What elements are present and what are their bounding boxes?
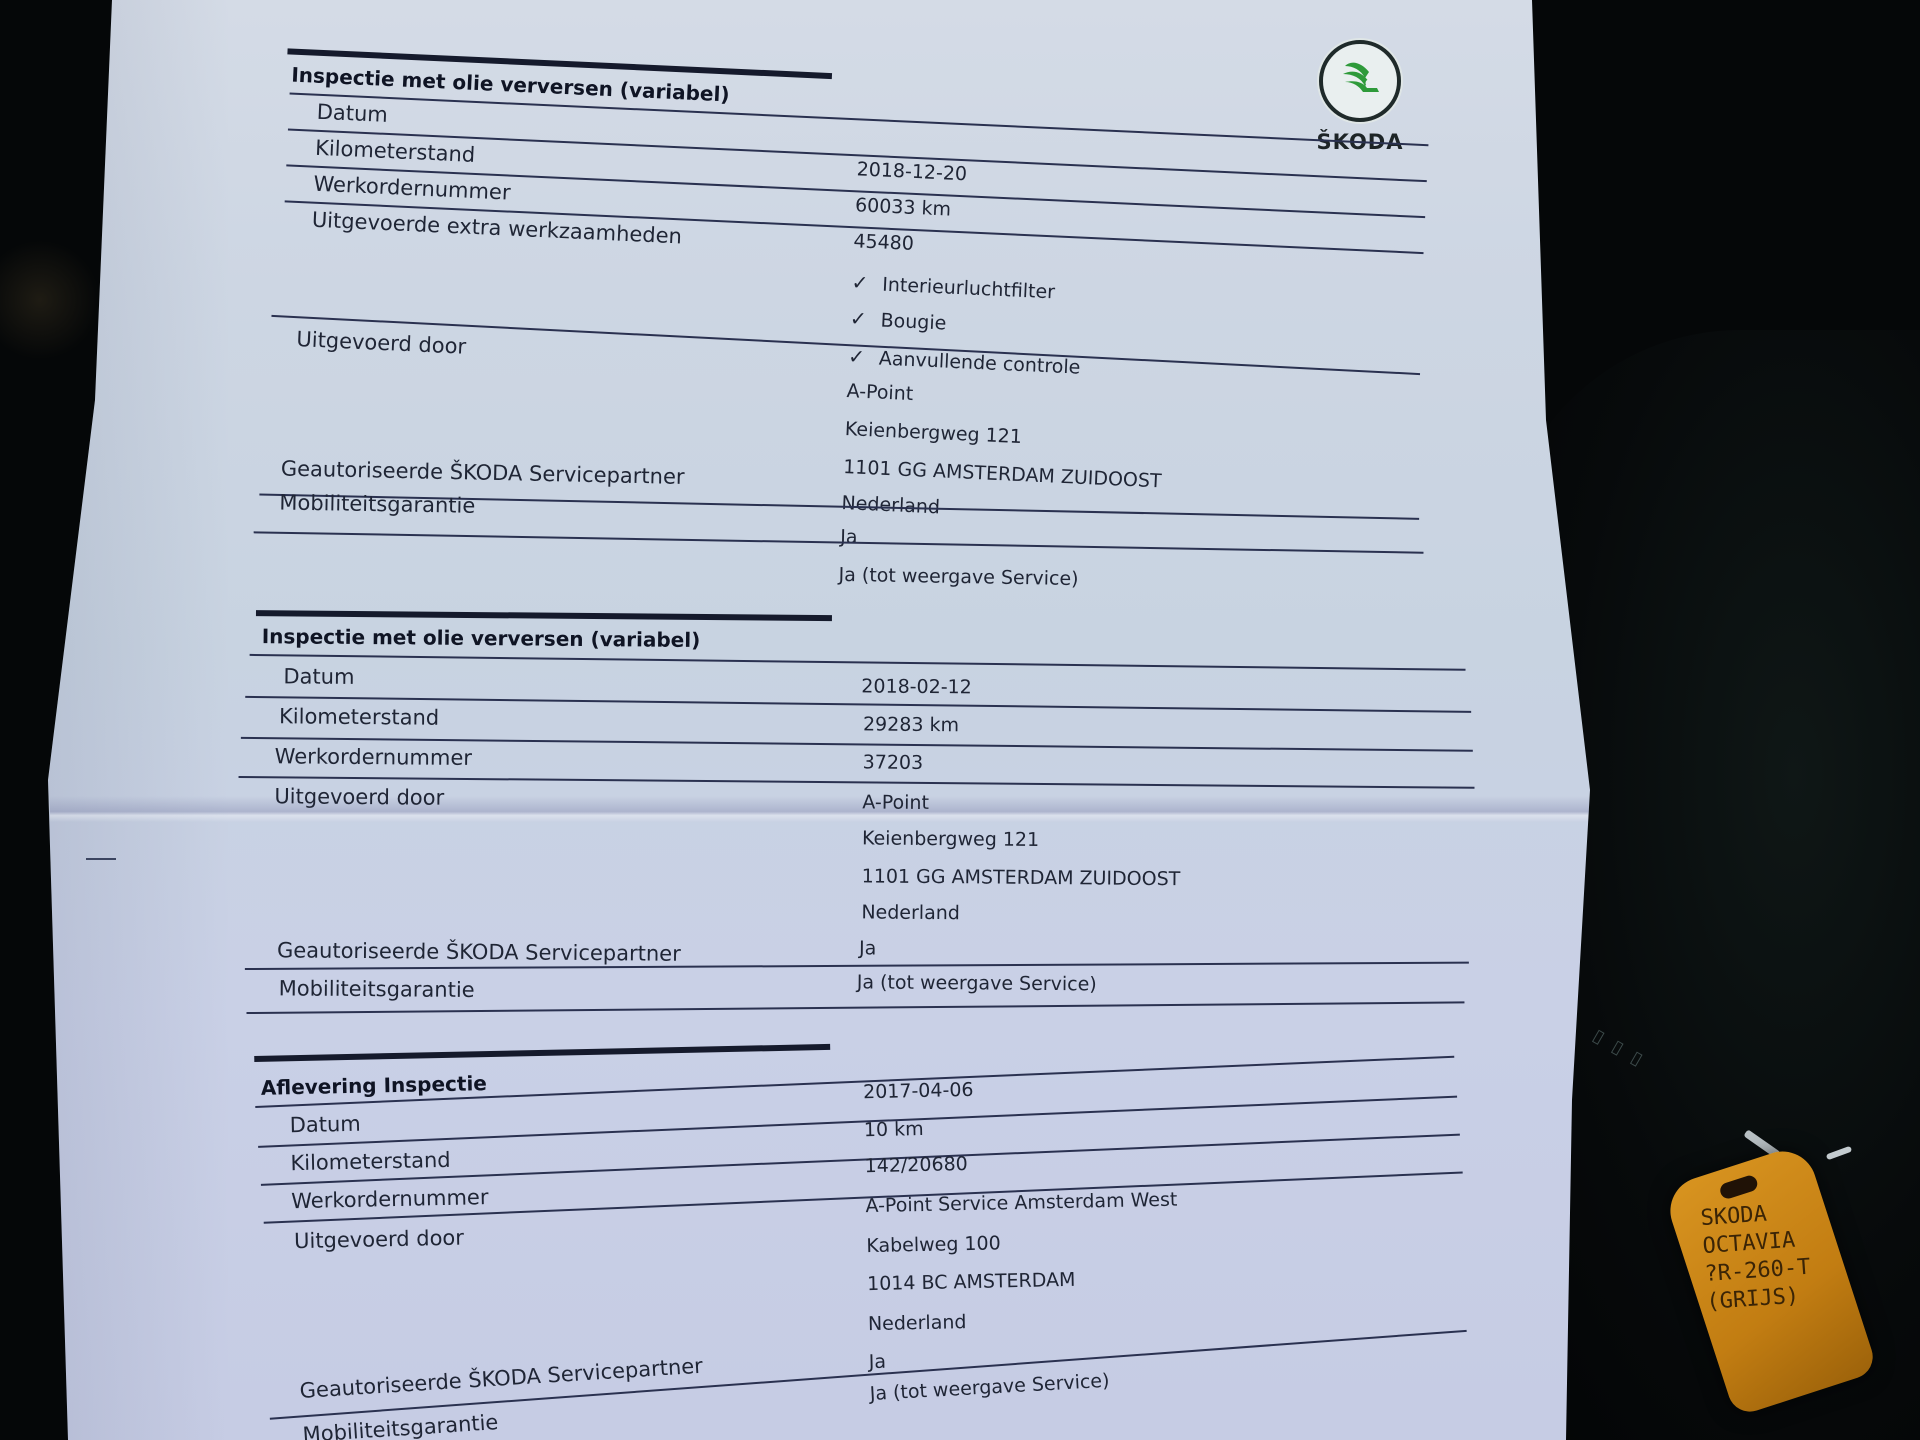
label-kilometerstand: Kilometerstand	[290, 1148, 451, 1175]
address-line: Nederland	[868, 1311, 967, 1335]
section-header-bar	[254, 1044, 830, 1062]
label-werkordernummer: Werkordernummer	[291, 1185, 489, 1213]
address-line: 1101 GG AMSTERDAM ZUIDOOST	[862, 865, 1181, 890]
label-mobiliteitsgarantie: Mobiliteitsgarantie	[279, 976, 475, 1002]
value-datum: 2018-12-20	[856, 158, 967, 185]
label-kilometerstand: Kilometerstand	[279, 704, 439, 729]
label-werkordernummer: Werkordernummer	[313, 172, 511, 205]
value-datum: 2018-02-12	[861, 675, 972, 698]
value-mobiliteitsgarantie: Ja (tot weergave Service)	[869, 1370, 1110, 1405]
value-kilometerstand: 60033 km	[855, 194, 952, 220]
key-tag-handwriting: SKODA OCTAVIA ?R-260-T (GRIJS)	[1700, 1197, 1828, 1317]
label-kilometerstand: Kilometerstand	[315, 136, 476, 167]
value-werkordernummer: 37203	[863, 751, 924, 774]
address-line: 1014 BC AMSTERDAM	[867, 1269, 1076, 1295]
background-glint	[0, 240, 100, 360]
section-title: Inspectie met olie verversen (variabel)	[262, 624, 701, 652]
margin-mark	[86, 858, 116, 860]
label-datum: Datum	[283, 664, 354, 689]
address-line: A-Point Service Amsterdam West	[865, 1189, 1177, 1218]
address-line: 1101 GG AMSTERDAM ZUIDOOST	[843, 456, 1162, 492]
label-uitgevoerd-door: Uitgevoerd door	[274, 784, 444, 809]
service-section-3: Aflevering Inspectie Datum 2017-04-06 Ki…	[252, 1021, 1460, 1440]
check-icon: ✓	[848, 344, 866, 369]
service-section-2: Inspectie met olie verversen (variabel) …	[240, 610, 1474, 1041]
check-icon: ✓	[849, 306, 867, 331]
label-servicepartner: Geautoriseerde ŠKODA Servicepartner	[277, 938, 681, 966]
value-mobiliteitsgarantie: Ja (tot weergave Service)	[857, 971, 1097, 995]
value-werkordernummer: 45480	[853, 230, 914, 255]
address-line: Nederland	[861, 901, 960, 924]
label-extra-werkzaamheden: Uitgevoerde extra werkzaamheden	[311, 208, 682, 249]
check-item: ✓Bougie	[849, 306, 946, 334]
value-werkordernummer: 142/20680	[864, 1153, 968, 1177]
value-mobiliteitsgarantie: Ja (tot weergave Service)	[838, 564, 1078, 590]
address-line: A-Point	[862, 791, 929, 814]
address-line: Keienbergweg 121	[862, 827, 1039, 851]
value-datum: 2017-04-06	[863, 1079, 974, 1103]
address-line: Keienbergweg 121	[844, 418, 1022, 448]
label-uitgevoerd-door: Uitgevoerd door	[294, 1226, 464, 1254]
label-uitgevoerd-door: Uitgevoerd door	[296, 327, 467, 359]
service-section-1: Inspectie met olie verversen (variabel) …	[255, 40, 1429, 652]
check-item: ✓Interieurluchtfilter	[851, 270, 1056, 303]
label-mobiliteitsgarantie: Mobiliteitsgarantie	[279, 490, 475, 517]
check-icon: ✓	[851, 270, 869, 295]
address-line: Kabelweg 100	[866, 1232, 1001, 1257]
label-datum: Datum	[289, 1112, 361, 1137]
label-werkordernummer: Werkordernummer	[275, 744, 472, 770]
value-servicepartner: Ja	[840, 526, 858, 548]
value-servicepartner: Ja	[869, 1351, 887, 1373]
section-title: Aflevering Inspectie	[261, 1071, 487, 1100]
label-servicepartner: Geautoriseerde ŠKODA Servicepartner	[281, 456, 685, 488]
label-datum: Datum	[316, 100, 388, 127]
value-kilometerstand: 29283 km	[863, 713, 959, 736]
label-servicepartner: Geautoriseerde ŠKODA Servicepartner	[299, 1354, 703, 1403]
value-servicepartner: Ja	[859, 937, 876, 959]
value-kilometerstand: 10 km	[864, 1118, 924, 1141]
address-line: A-Point	[846, 380, 914, 405]
